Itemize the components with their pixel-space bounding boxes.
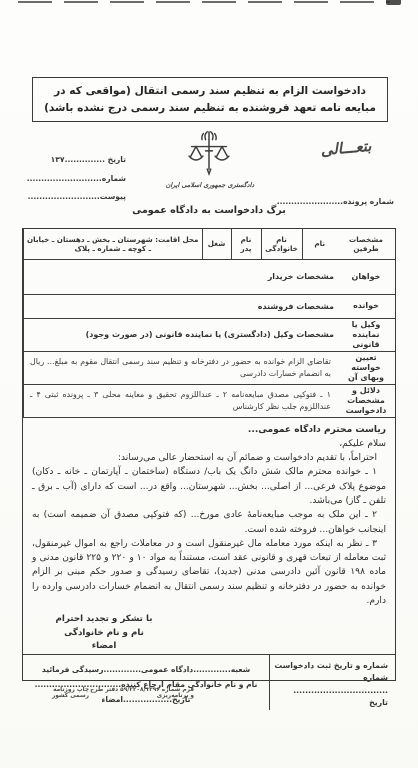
table-row-attorney: وکیل یا نماینده قانونی مشخصات وکیل (دادگ… [24, 318, 396, 351]
referral-branch-line: شعبه.............دادگاه عمومی...........… [33, 662, 259, 677]
petition-body: ریاست محترم دادگاه عمومی... سلام علیکم، … [23, 418, 395, 654]
table-row-defendant: خوانده مشخصات فروشنده [24, 294, 396, 318]
column-header-parties: مشخصات طرفین [337, 229, 395, 259]
column-header-first-name: نام [302, 229, 337, 259]
main-frame: مشخصات طرفین نام نام خانوادگی نام پدر شغ… [22, 228, 396, 681]
claim-item-2: ۲ ـ این ملک به موجب مبایعه‌نامهٔ عادی مو… [32, 508, 386, 537]
greeting-line: سلام علیکم، [32, 437, 386, 451]
registration-number-label: شماره [274, 672, 388, 685]
registration-title: شماره و تاریخ ثبت دادخواست [274, 660, 388, 673]
column-header-last-name: نام خانوادگی [261, 229, 302, 259]
form-number-note: فرم شماره ۵۹/۲۲۰۸/۱۳۹۶ دفتر طرح و برنامه… [89, 687, 194, 699]
row-value-attorney: مشخصات وکیل (دادگستری) یا نماینده قانونی… [24, 318, 338, 351]
name-line: نام و نام خانوادگی [38, 627, 170, 641]
scan-artifact-corner-mark [386, 0, 401, 5]
bismillah-script: بتعـــالی [295, 135, 396, 162]
row-label-claim: تعیین خواسته وبهای آن [337, 351, 395, 384]
referral-cell: شعبه.............دادگاه عمومی...........… [23, 655, 269, 710]
emblem-caption: دادگستری جمهوری اسلامی ایران [165, 181, 255, 189]
row-value-claim: تقاضای الزام خوانده به حضور در دفترخانه … [24, 351, 338, 384]
column-header-father-name: نام پدر [231, 229, 261, 259]
parties-table: مشخصات طرفین نام نام خانوادگی نام پدر شغ… [23, 229, 395, 418]
column-header-residence: محل اقامت: شهرستان ـ بخش ـ دهستان ـ خیاب… [24, 229, 203, 259]
table-row-plaintiff: خواهان مشخصات خریدار [24, 259, 396, 294]
print-line: فرم شماره ۵۹/۲۲۰۸/۱۳۹۶ دفتر طرح و برنامه… [34, 687, 194, 699]
header-left-fields: تاریخ ..............۱۳۷ شماره...........… [36, 151, 126, 207]
printer-note: چاپ روزنامه رسمی کشور [34, 687, 89, 699]
claim-item-3: ۳ ـ نظر به اینکه مورد معامله مال غیرمنقو… [32, 537, 386, 608]
row-label-attorney: وکیل یا نماینده قانونی [337, 318, 395, 351]
attachment-field: پیوست......................... [36, 188, 126, 207]
closing-line: با تشکر و تجدید احترام [38, 613, 170, 627]
footer-row: شماره و تاریخ ثبت دادخواست شماره .......… [23, 654, 395, 710]
column-header-job: شغل [202, 229, 231, 259]
form-heading: برگ دادخواست به دادگاه عمومی [0, 205, 418, 216]
page: { "title_box": { "text": "دادخواست الزام… [0, 0, 418, 768]
claim-item-1: ۱ ـ خوانده محترم مالک شش دانگ یک باب/ دس… [32, 465, 386, 508]
row-value-defendant: مشخصات فروشنده [24, 294, 338, 318]
row-label-defendant: خوانده [337, 294, 395, 318]
row-value-evidence: ۱ ـ فتوکپی مصدق مبایعه‌نامه ۲ ـ عنداللزو… [24, 384, 338, 417]
number-field: شماره.......................... [36, 170, 126, 189]
document-title: دادخواست الزام به تنظیم سند رسمی انتقال … [43, 83, 377, 116]
registration-cell: شماره و تاریخ ثبت دادخواست شماره .......… [269, 655, 395, 710]
table-header-row: مشخصات طرفین نام نام خانوادگی نام پدر شغ… [24, 229, 396, 259]
title-box: دادخواست الزام به تنظیم سند رسمی انتقال … [32, 77, 388, 122]
date-field: تاریخ ..............۱۳۷ [36, 151, 126, 170]
table-row-evidence: دلائل و مشخصات دادخواست ۱ ـ فتوکپی مصدق … [24, 384, 396, 417]
intro-line: احتراماً، با تقدیم دادخواست و ضمائم آن ب… [32, 451, 386, 465]
signature-line: امضاء [38, 640, 170, 654]
justice-scales-emblem-icon [183, 129, 235, 182]
row-value-plaintiff: مشخصات خریدار [24, 259, 338, 294]
registration-date-label: تاریخ [274, 697, 388, 710]
row-label-plaintiff: خواهان [337, 259, 395, 294]
table-row-claim: تعیین خواسته وبهای آن تقاضای الزام خواند… [24, 351, 396, 384]
row-label-evidence: دلائل و مشخصات دادخواست [337, 384, 395, 417]
salutation-line: ریاست محترم دادگاه عمومی... [32, 423, 386, 437]
registration-dots: ................................ [274, 685, 388, 698]
scan-artifact-top-line [18, 1, 390, 3]
signature-block: با تشکر و تجدید احترام نام و نام خانوادگ… [38, 613, 170, 654]
